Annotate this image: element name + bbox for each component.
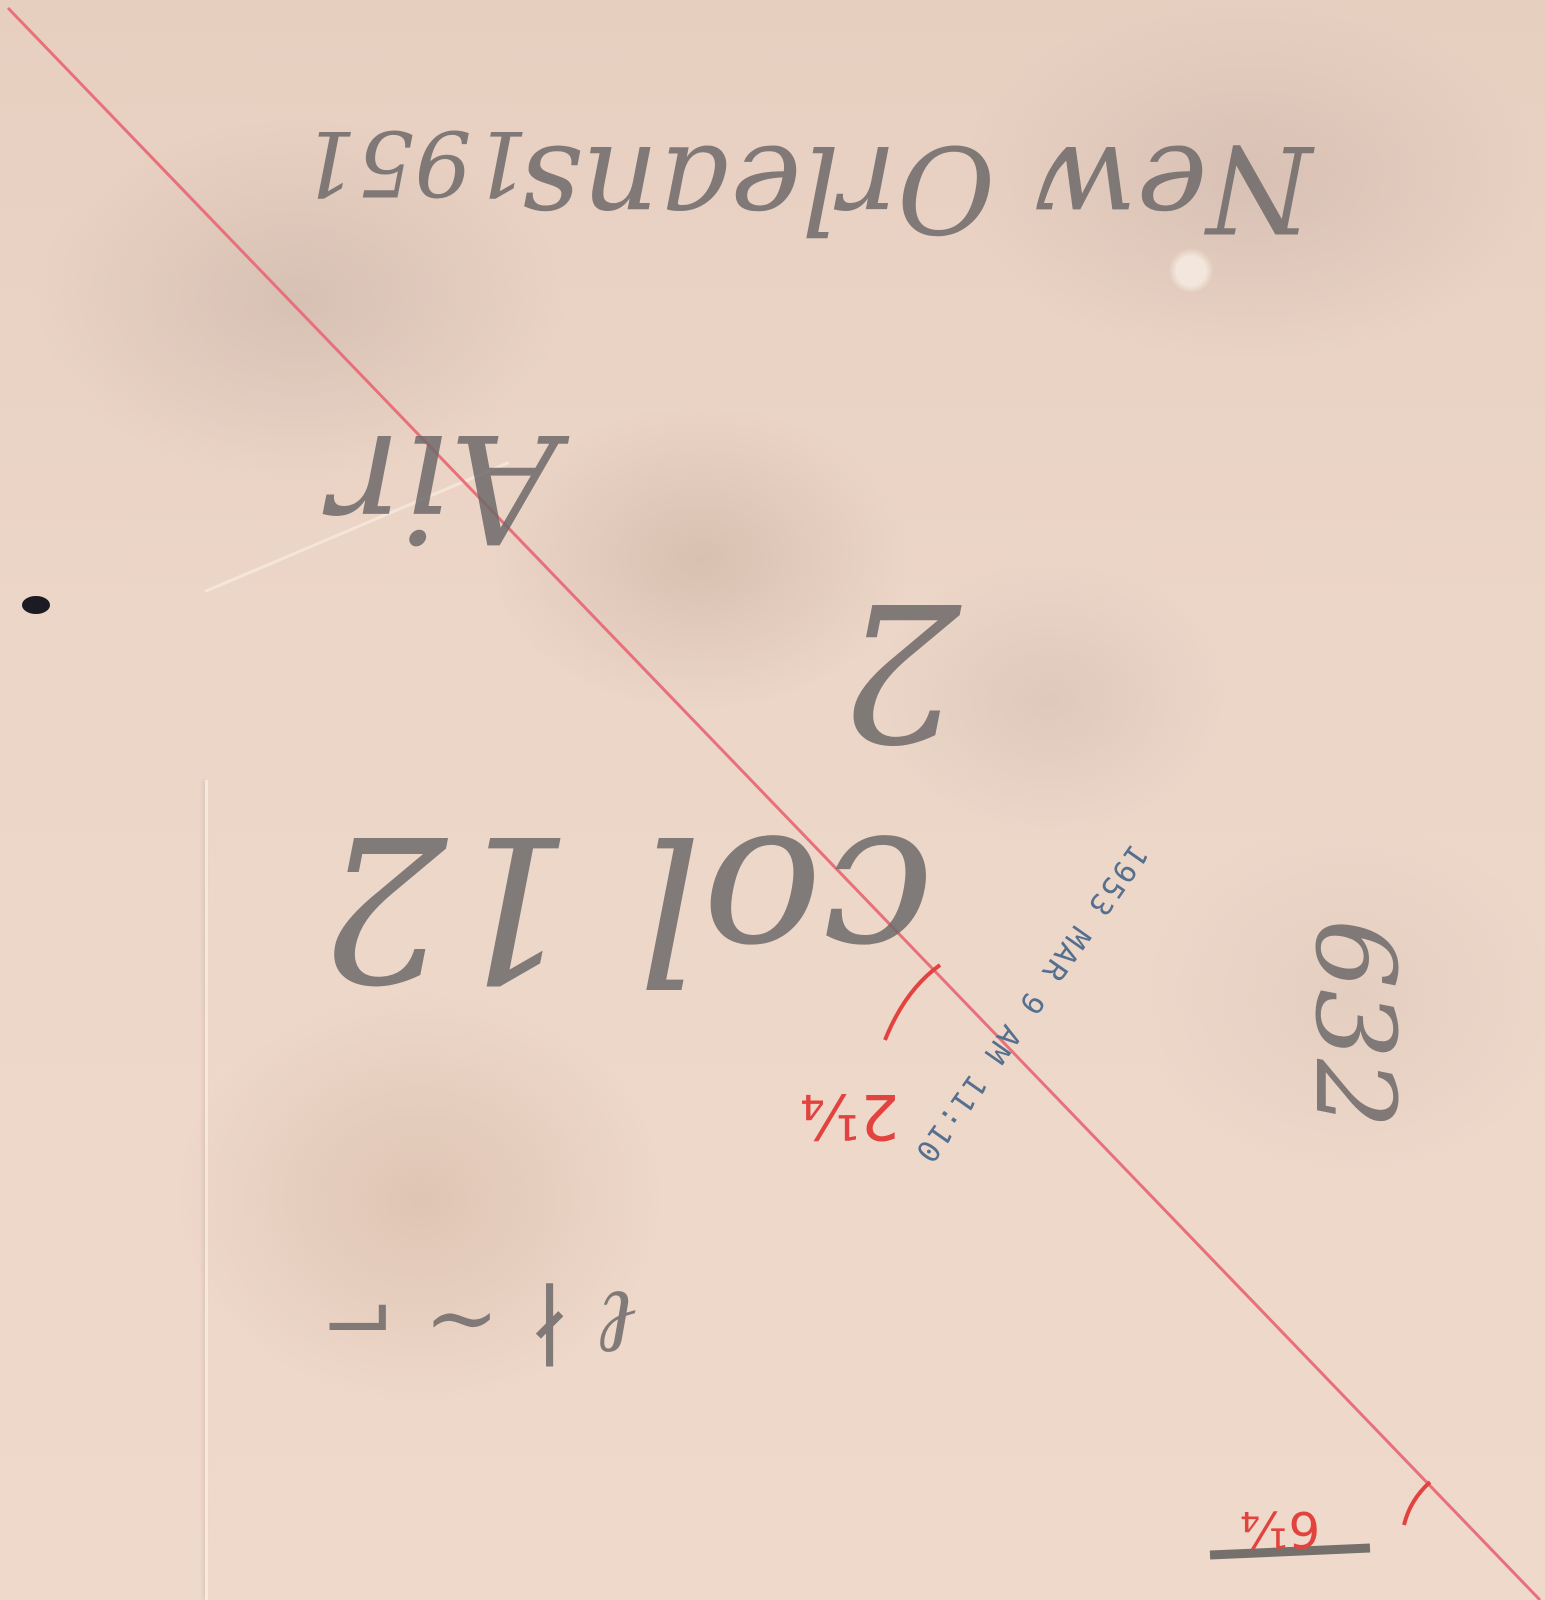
note-column-count: 2 — [840, 560, 961, 781]
pencil-scribble: ℓ ∤ ∼ ⌐ — [320, 1270, 637, 1375]
red-fraction-upper: 2¼ — [800, 1080, 900, 1153]
note-new-orleans: New Orleans — [520, 118, 1312, 257]
note-year: 1951 — [300, 110, 529, 215]
note-column-size: col 12 — [320, 790, 934, 1023]
note-side-number: 632 — [1291, 919, 1419, 1129]
note-air: Air — [330, 400, 558, 574]
red-fraction-lower: 6¼ — [1240, 1500, 1320, 1558]
